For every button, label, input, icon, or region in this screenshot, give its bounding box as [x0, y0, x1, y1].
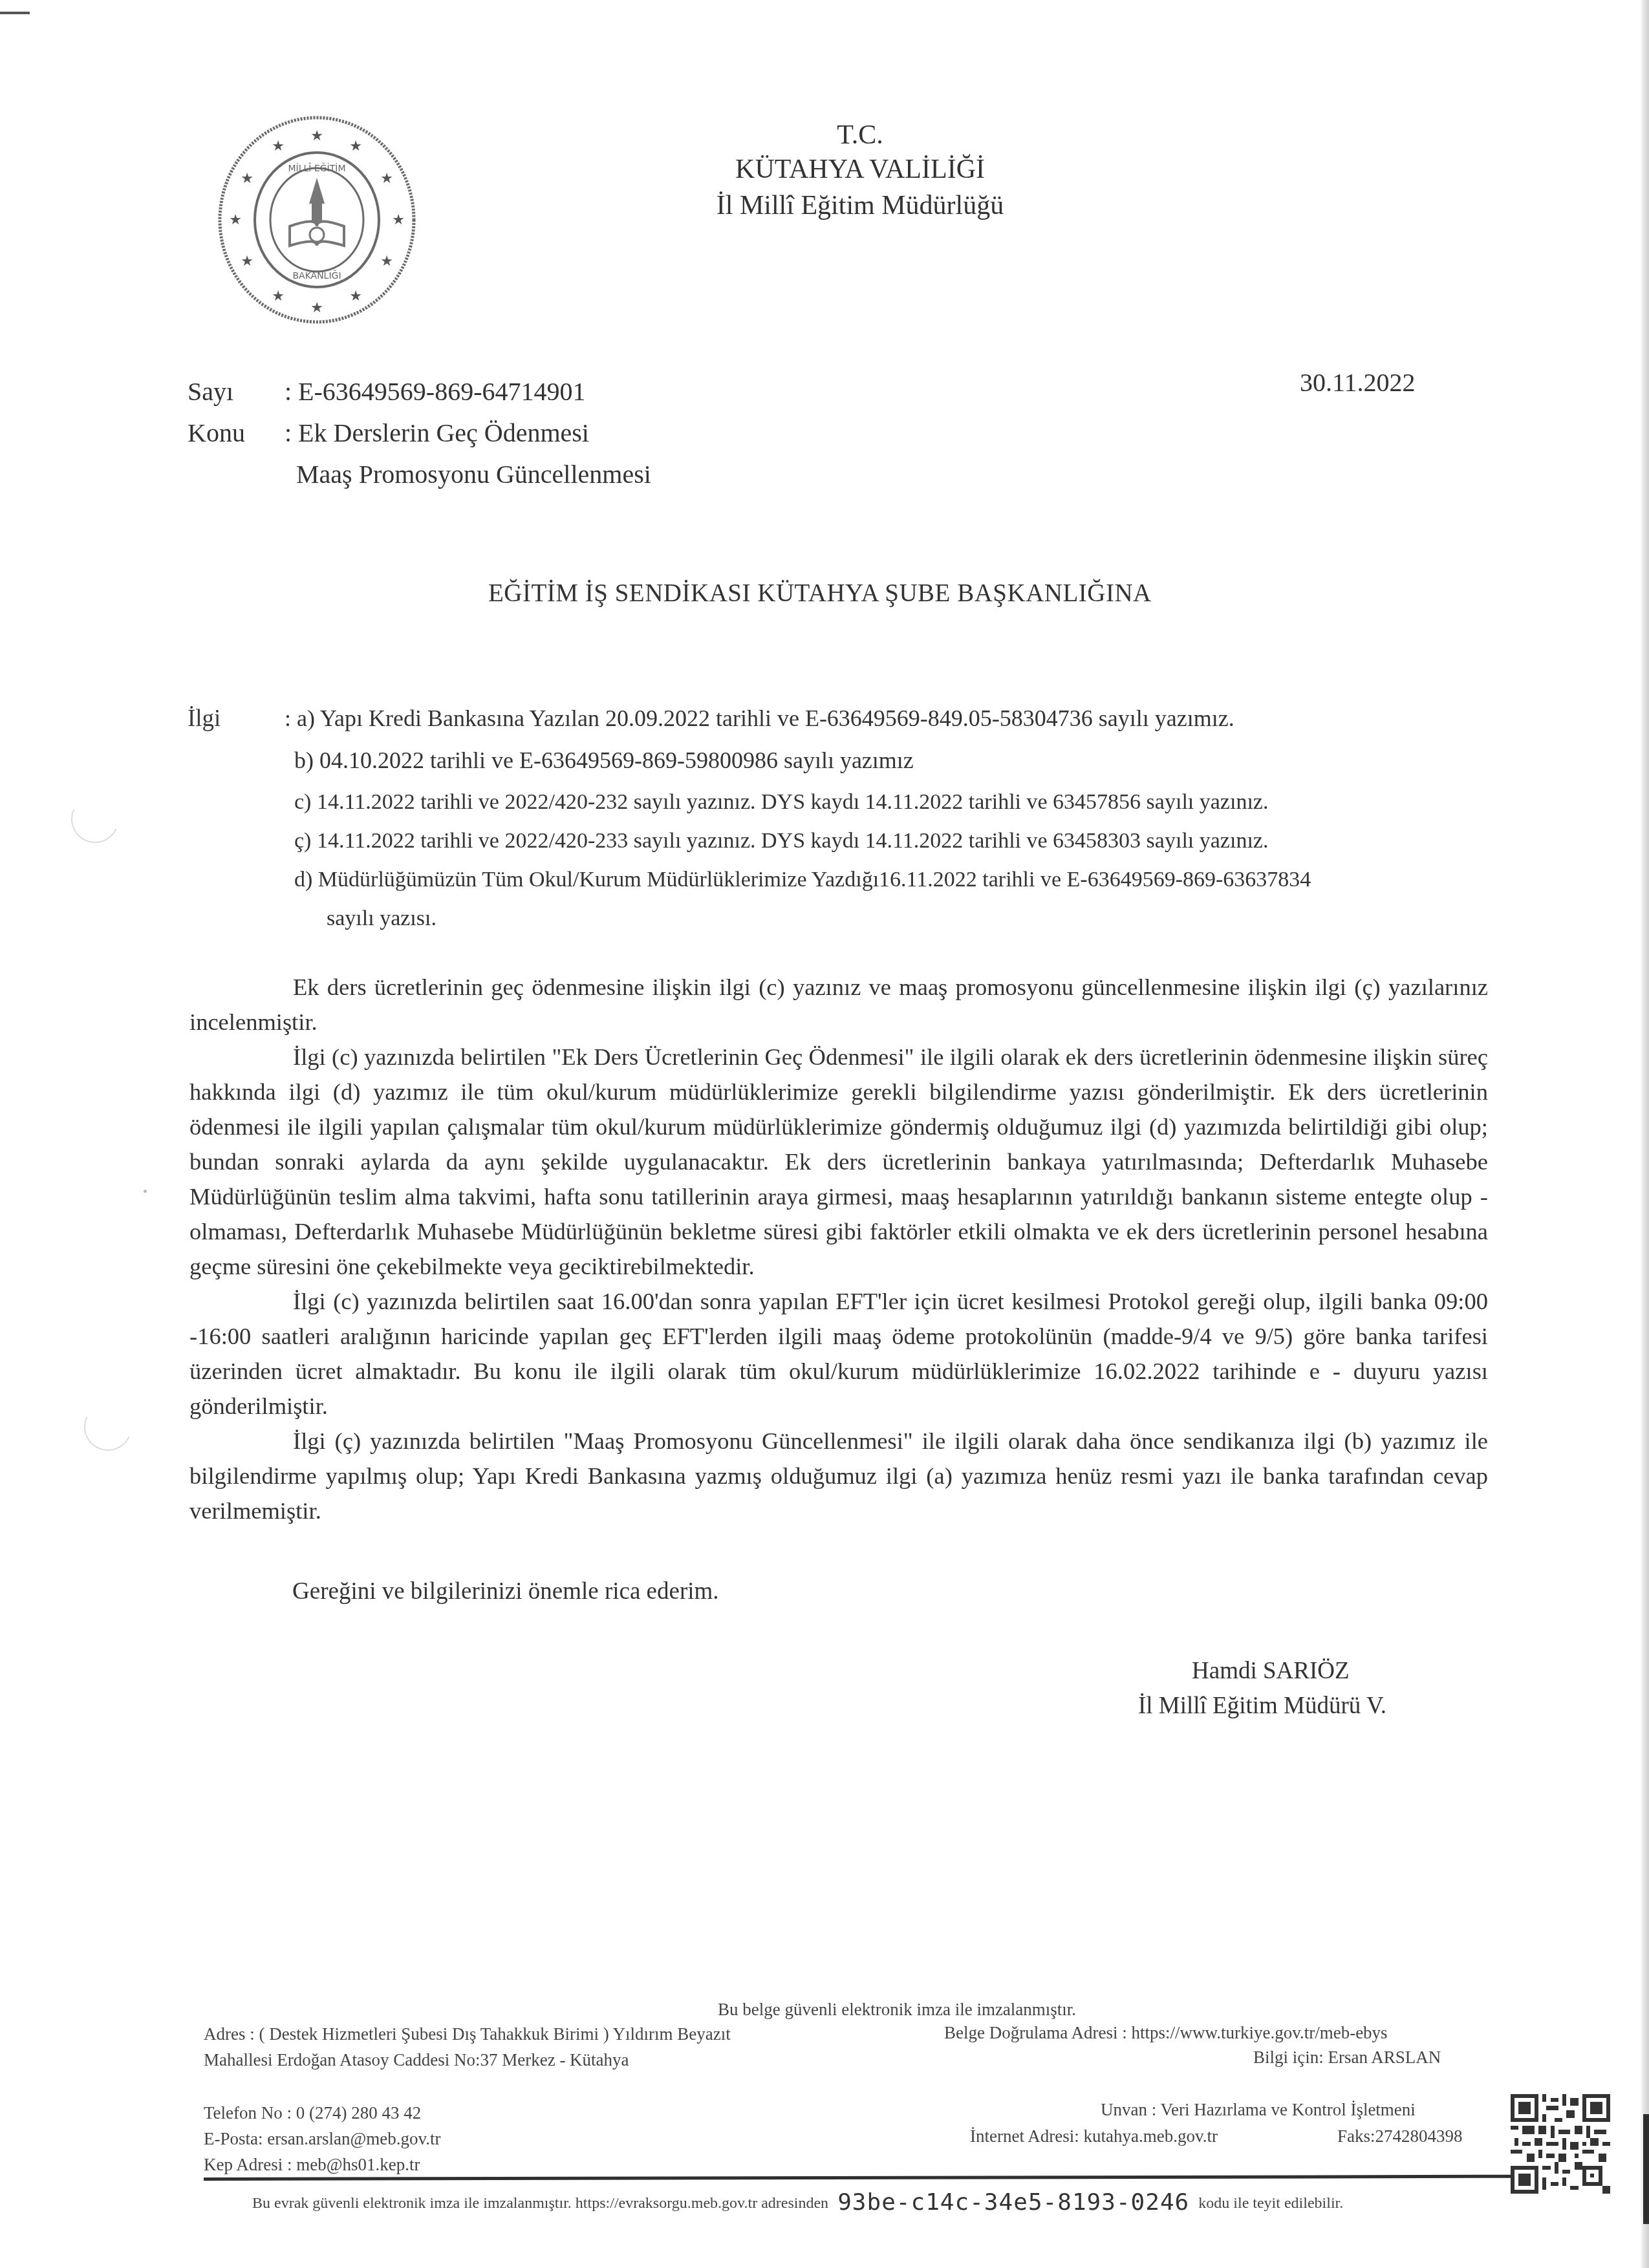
verify-prefix: Bu evrak güvenli elektronik imza ile imz…	[252, 2195, 828, 2212]
svg-text:★: ★	[380, 171, 393, 187]
svg-text:★: ★	[241, 171, 253, 187]
konu-value-1: : Ek Derslerin Geç Ödenmesi	[285, 418, 589, 447]
ministry-seal-icon: ★★★ ★★ ★★ ★★ ★★★ MİLLÎ EĞİTİM BAKANLIĞI	[213, 113, 420, 326]
svg-text:★: ★	[272, 138, 285, 155]
svg-text:★: ★	[349, 138, 362, 155]
verification-address[interactable]: Belge Doğrulama Adresi : https://www.tur…	[944, 2023, 1388, 2043]
svg-text:★: ★	[229, 212, 242, 228]
esign-notice: Bu belge güvenli elektronik imza ile imz…	[718, 2000, 1076, 2020]
info-contact: Bilgi için: Ersan ARSLAN	[1253, 2048, 1441, 2068]
ilgi-item-d-cont: sayılı yazısı.	[327, 906, 436, 931]
konu-value-2: Maaş Promosyonu Güncellenmesi	[296, 459, 651, 489]
scan-edge-shadow	[1643, 2114, 1649, 2224]
verify-line: Bu evrak güvenli elektronik imza ile imz…	[252, 2189, 1343, 2216]
svg-text:★: ★	[310, 128, 323, 144]
footer-kep[interactable]: Kep Adresi : meb@hs01.kep.tr	[204, 2155, 420, 2175]
ilgi-item-d: d) Müdürlüğümüzün Tüm Okul/Kurum Müdürlü…	[294, 868, 1311, 892]
footer-title: Unvan : Veri Hazırlama ve Kontrol İşletm…	[1101, 2100, 1416, 2120]
footer-internet[interactable]: İnternet Adresi: kutahya.meb.gov.tr	[970, 2126, 1218, 2146]
footer-address-2: Mahallesi Erdoğan Atasoy Caddesi No:37 M…	[204, 2050, 629, 2070]
ilgi-item-c: c) 14.11.2022 tarihli ve 2022/420-232 sa…	[294, 790, 1268, 815]
scan-corner-mark	[0, 12, 30, 14]
header-directorate: İl Millî Eğitim Müdürlüğü	[647, 190, 1073, 221]
sayi-line: Sayı: E-63649569-869-64714901	[188, 376, 586, 407]
svg-text:BAKANLIĞI: BAKANLIĞI	[292, 270, 341, 281]
konu-line: Konu: Ek Derslerin Geç Ödenmesi	[188, 418, 589, 448]
ilgi-item-a: : a) Yapı Kredi Bankasına Yazılan 20.09.…	[285, 705, 1234, 732]
signatory-title: İl Millî Eğitim Müdürü V.	[1138, 1692, 1386, 1720]
body-paragraph-1: Ek ders ücretlerinin geç ödenmesine iliş…	[189, 970, 1488, 1040]
footer-phone: Telefon No : 0 (274) 280 43 42	[204, 2103, 421, 2123]
footer-fax: Faks:2742804398	[1337, 2126, 1463, 2146]
punch-hole-mark	[65, 789, 126, 850]
letter-body: Ek ders ücretlerinin geç ödenmesine iliş…	[189, 970, 1488, 1528]
footer-divider	[204, 2175, 1526, 2181]
scan-page-edge	[1640, 0, 1649, 2268]
svg-text:★: ★	[392, 212, 405, 228]
svg-text:MİLLÎ EĞİTİM: MİLLÎ EĞİTİM	[288, 162, 346, 174]
sayi-value: : E-63649569-869-64714901	[285, 377, 586, 406]
svg-text:★: ★	[272, 288, 285, 305]
addressee: EĞİTİM İŞ SENDİKASI KÜTAHYA ŞUBE BAŞKANL…	[488, 579, 1152, 608]
body-paragraph-3: İlgi (c) yazınızda belirtilen saat 16.00…	[189, 1284, 1488, 1424]
konu-label: Konu	[188, 418, 285, 448]
punch-hole-mark	[78, 1396, 139, 1458]
ilgi-item-b: b) 04.10.2022 tarihli ve E-63649569-869-…	[294, 747, 914, 774]
qr-code-icon[interactable]	[1511, 2094, 1610, 2194]
body-paragraph-4: İlgi (ç) yazınızda belirtilen "Maaş Prom…	[189, 1424, 1488, 1528]
verify-suffix: kodu ile teyit edilebilir.	[1198, 2195, 1343, 2212]
signatory-name: Hamdi SARIÖZ	[1192, 1657, 1350, 1685]
svg-text:★: ★	[310, 300, 323, 316]
header-country: T.C.	[647, 120, 1073, 151]
svg-text:★: ★	[349, 288, 362, 305]
ilgi-item-cc: ç) 14.11.2022 tarihli ve 2022/420-233 sa…	[294, 829, 1268, 853]
footer-email[interactable]: E-Posta: ersan.arslan@meb.gov.tr	[204, 2129, 441, 2149]
scan-speck	[144, 1190, 147, 1193]
document-date: 30.11.2022	[1300, 367, 1416, 398]
svg-text:★: ★	[380, 253, 393, 270]
svg-text:★: ★	[241, 253, 253, 270]
footer-address-1: Adres : ( Destek Hizmetleri Şubesi Dış T…	[204, 2024, 731, 2044]
header-governorship: KÜTAHYA VALİLİĞİ	[647, 154, 1073, 185]
sayi-label: Sayı	[188, 376, 285, 407]
body-paragraph-2: İlgi (c) yazınızda belirtilen "Ek Ders Ü…	[189, 1040, 1488, 1284]
closing-line: Gereğini ve bilgilerinizi önemle rica ed…	[292, 1578, 719, 1605]
ilgi-label: İlgi	[188, 705, 221, 733]
verify-code[interactable]: 93be-c14c-34e5-8193-0246	[837, 2189, 1189, 2216]
